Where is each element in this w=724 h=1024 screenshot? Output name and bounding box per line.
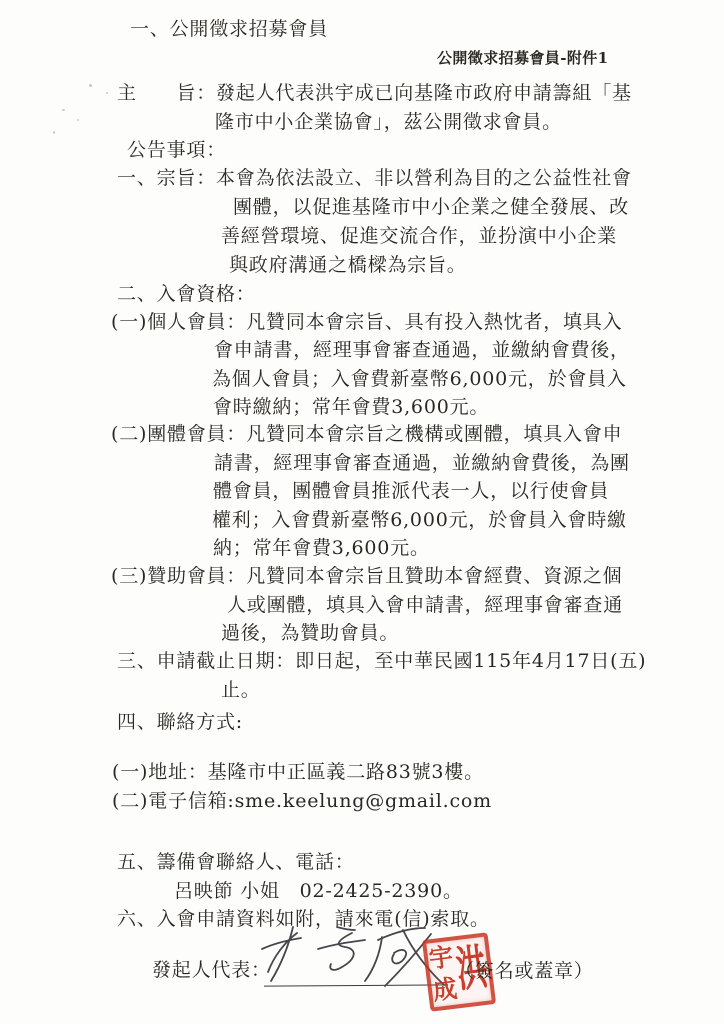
individual-member-line-3: 為個人會員；入會費新臺幣6,000元，於會員入 — [212, 369, 627, 390]
liaison-line-1: 五、籌備會聯絡人、電話： — [117, 852, 355, 873]
deadline-line-1: 三、申請截止日期：即日起，至中華民國115年4月17日(五) — [117, 651, 646, 672]
seal-char-yu: 宇 — [428, 944, 455, 972]
contact-heading: 四、聯絡方式: — [117, 712, 243, 733]
group-member-line-3: 體會員，團體會員推派代表一人，以行使會員 — [213, 481, 609, 502]
subject-line-2: 隆市中小企業協會」，茲公開徵求會員。 — [215, 112, 562, 133]
scan-speck — [77, 119, 79, 121]
scan-speck — [62, 109, 65, 111]
individual-member-line-1: (一)個人會員：凡贊同本會宗旨、具有投入熱忱者，填具入 — [111, 312, 622, 333]
individual-member-line-4: 會時繳納；常年會費3,600元。 — [213, 397, 489, 418]
group-member-line-1: (二)團體會員：凡贊同本會宗旨之機構或團體，填具入會申 — [111, 424, 622, 445]
sponsor-member-line-1: (三)贊助會員：凡贊同本會宗旨且贊助本會經費、資源之個 — [111, 566, 622, 587]
purpose-line-4: 與政府溝通之橋樑為宗旨。 — [229, 255, 467, 276]
group-member-line-5: 納；常年會費3,600元。 — [213, 538, 430, 559]
sponsor-member-line-2: 人或團體，填具入會申請書，經理事會審查通 — [227, 595, 623, 616]
purpose-line-3: 善經營環境、促進交流合作，並扮演中小企業 — [221, 226, 617, 247]
liaison-line-2: 呂映節 小姐 02-2425-2390。 — [174, 881, 463, 902]
individual-member-line-2: 會申請書，經理事會審查通過，並繳納會費後， — [214, 340, 630, 361]
document-page: 一、公開徵求招募會員 公開徵求招募會員-附件1 主 旨：發起人代表洪宇成已向基隆… — [0, 0, 724, 1024]
contact-address: (一)地址：基隆市中正區義二路83號3樓。 — [112, 762, 484, 783]
signature-note: （簽名或蓋章） — [455, 961, 594, 982]
signature-handwriting — [254, 918, 449, 1003]
section-title: 一、公開徵求招募會員 — [130, 19, 328, 40]
eligibility-heading: 二、入會資格： — [117, 284, 256, 305]
deadline-line-2: 止。 — [221, 680, 261, 701]
scan-speck — [106, 92, 108, 94]
group-member-line-4: 權利；入會費新臺幣6,000元，於會員入會時繳 — [212, 510, 627, 531]
sponsor-member-line-3: 過後，為贊助會員。 — [221, 623, 399, 644]
subject-line-1: 主 旨：發起人代表洪宇成已向基隆市政府申請籌組「基 — [117, 83, 632, 104]
scan-speck — [89, 84, 92, 87]
announcement-heading: 公告事項： — [127, 140, 226, 161]
scan-speck — [53, 131, 55, 134]
signer-label: 發起人代表： — [152, 960, 271, 981]
contact-email: (二)電子信箱:sme.keelung@gmail.com — [112, 791, 492, 812]
purpose-line-2: 團體，以促進基隆市中小企業之健全發展、改 — [233, 197, 629, 218]
purpose-line-1: 一、宗旨：本會為依法設立、非以營利為目的之公益性社會 — [117, 168, 632, 189]
group-member-line-2: 請書，經理事會審查通過，並繳納會費後，為團 — [214, 453, 630, 474]
attachment-note: 公開徵求招募會員-附件1 — [437, 47, 608, 68]
